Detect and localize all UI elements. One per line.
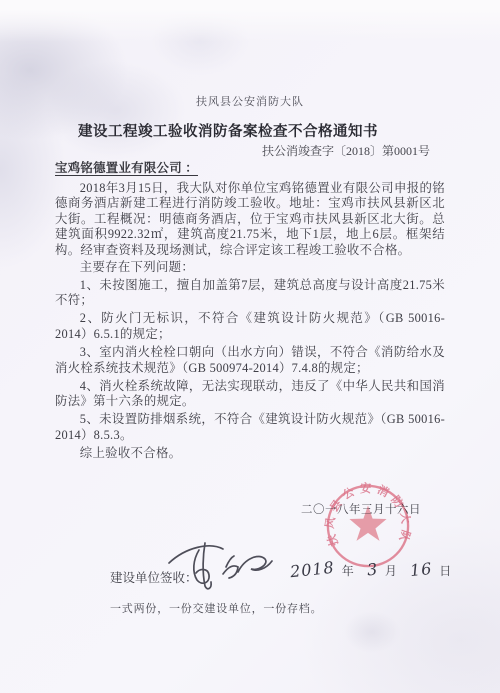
handwritten-signature [166, 536, 276, 592]
issues-intro: 主要存在下列问题： [55, 260, 445, 276]
seal-star-icon [349, 505, 386, 540]
conclusion: 综上验收不合格。 [55, 446, 445, 462]
handwritten-date: 2018 年 3 月 16 日 [290, 560, 470, 580]
day-label: 日 [439, 562, 451, 579]
document-number: 扶公消竣查字〔2018〕第0001号 [0, 142, 430, 159]
year-label: 年 [342, 562, 354, 579]
document-title: 建设工程竣工验收消防备案检查不合格通知书 [0, 120, 478, 141]
document-body: 宝鸡铭德置业有限公司 ： 2018年3月15日，我大队对你单位宝鸡铭德置业有限公… [55, 161, 445, 461]
month-label: 月 [385, 562, 397, 579]
scanned-document-page: 扶风县公安消防大队 建设工程竣工验收消防备案检查不合格通知书 扶公消竣查字〔20… [0, 0, 500, 693]
issue-item-5: 5、未设置防排烟系统，不符合《建筑设计防火规范》（GB 50016-2014）8… [55, 412, 445, 443]
issue-item-2: 2、防火门无标识，不符合《建筑设计防火规范》（GB 50016-2014）6.5… [55, 311, 445, 342]
body-paragraph: 2018年3月15日，我大队对你单位宝鸡铭德置业有限公司申报的铭德商务酒店新建工… [55, 181, 445, 259]
issue-item-4: 4、消火栓系统故障，无法实现联动，违反了《中华人民共和国消防法》第十六条的规定。 [55, 379, 445, 410]
issuing-authority: 扶风县公安消防大队 [0, 93, 500, 109]
footer-note: 一式两份，一份交建设单位，一份存档。 [110, 600, 322, 616]
addressee: 宝鸡铭德置业有限公司 ： [55, 161, 445, 177]
handwritten-day: 16 [409, 559, 433, 580]
handwritten-year: 2018 [289, 558, 335, 582]
official-seal-stamp: 扶风县公安消防大队 [324, 482, 412, 570]
handwritten-month: 3 [366, 559, 379, 579]
issue-item-1: 1、未按图施工，擅自加盖第7层，建筑总高度与设计高度21.75米不符； [55, 278, 445, 309]
issue-item-3: 3、室内消火栓栓口朝向（出水方向）错误，不符合《消防给水及消火栓系统技术规范》（… [55, 345, 445, 376]
seal-graphic: 扶风县公安消防大队 [324, 482, 412, 570]
